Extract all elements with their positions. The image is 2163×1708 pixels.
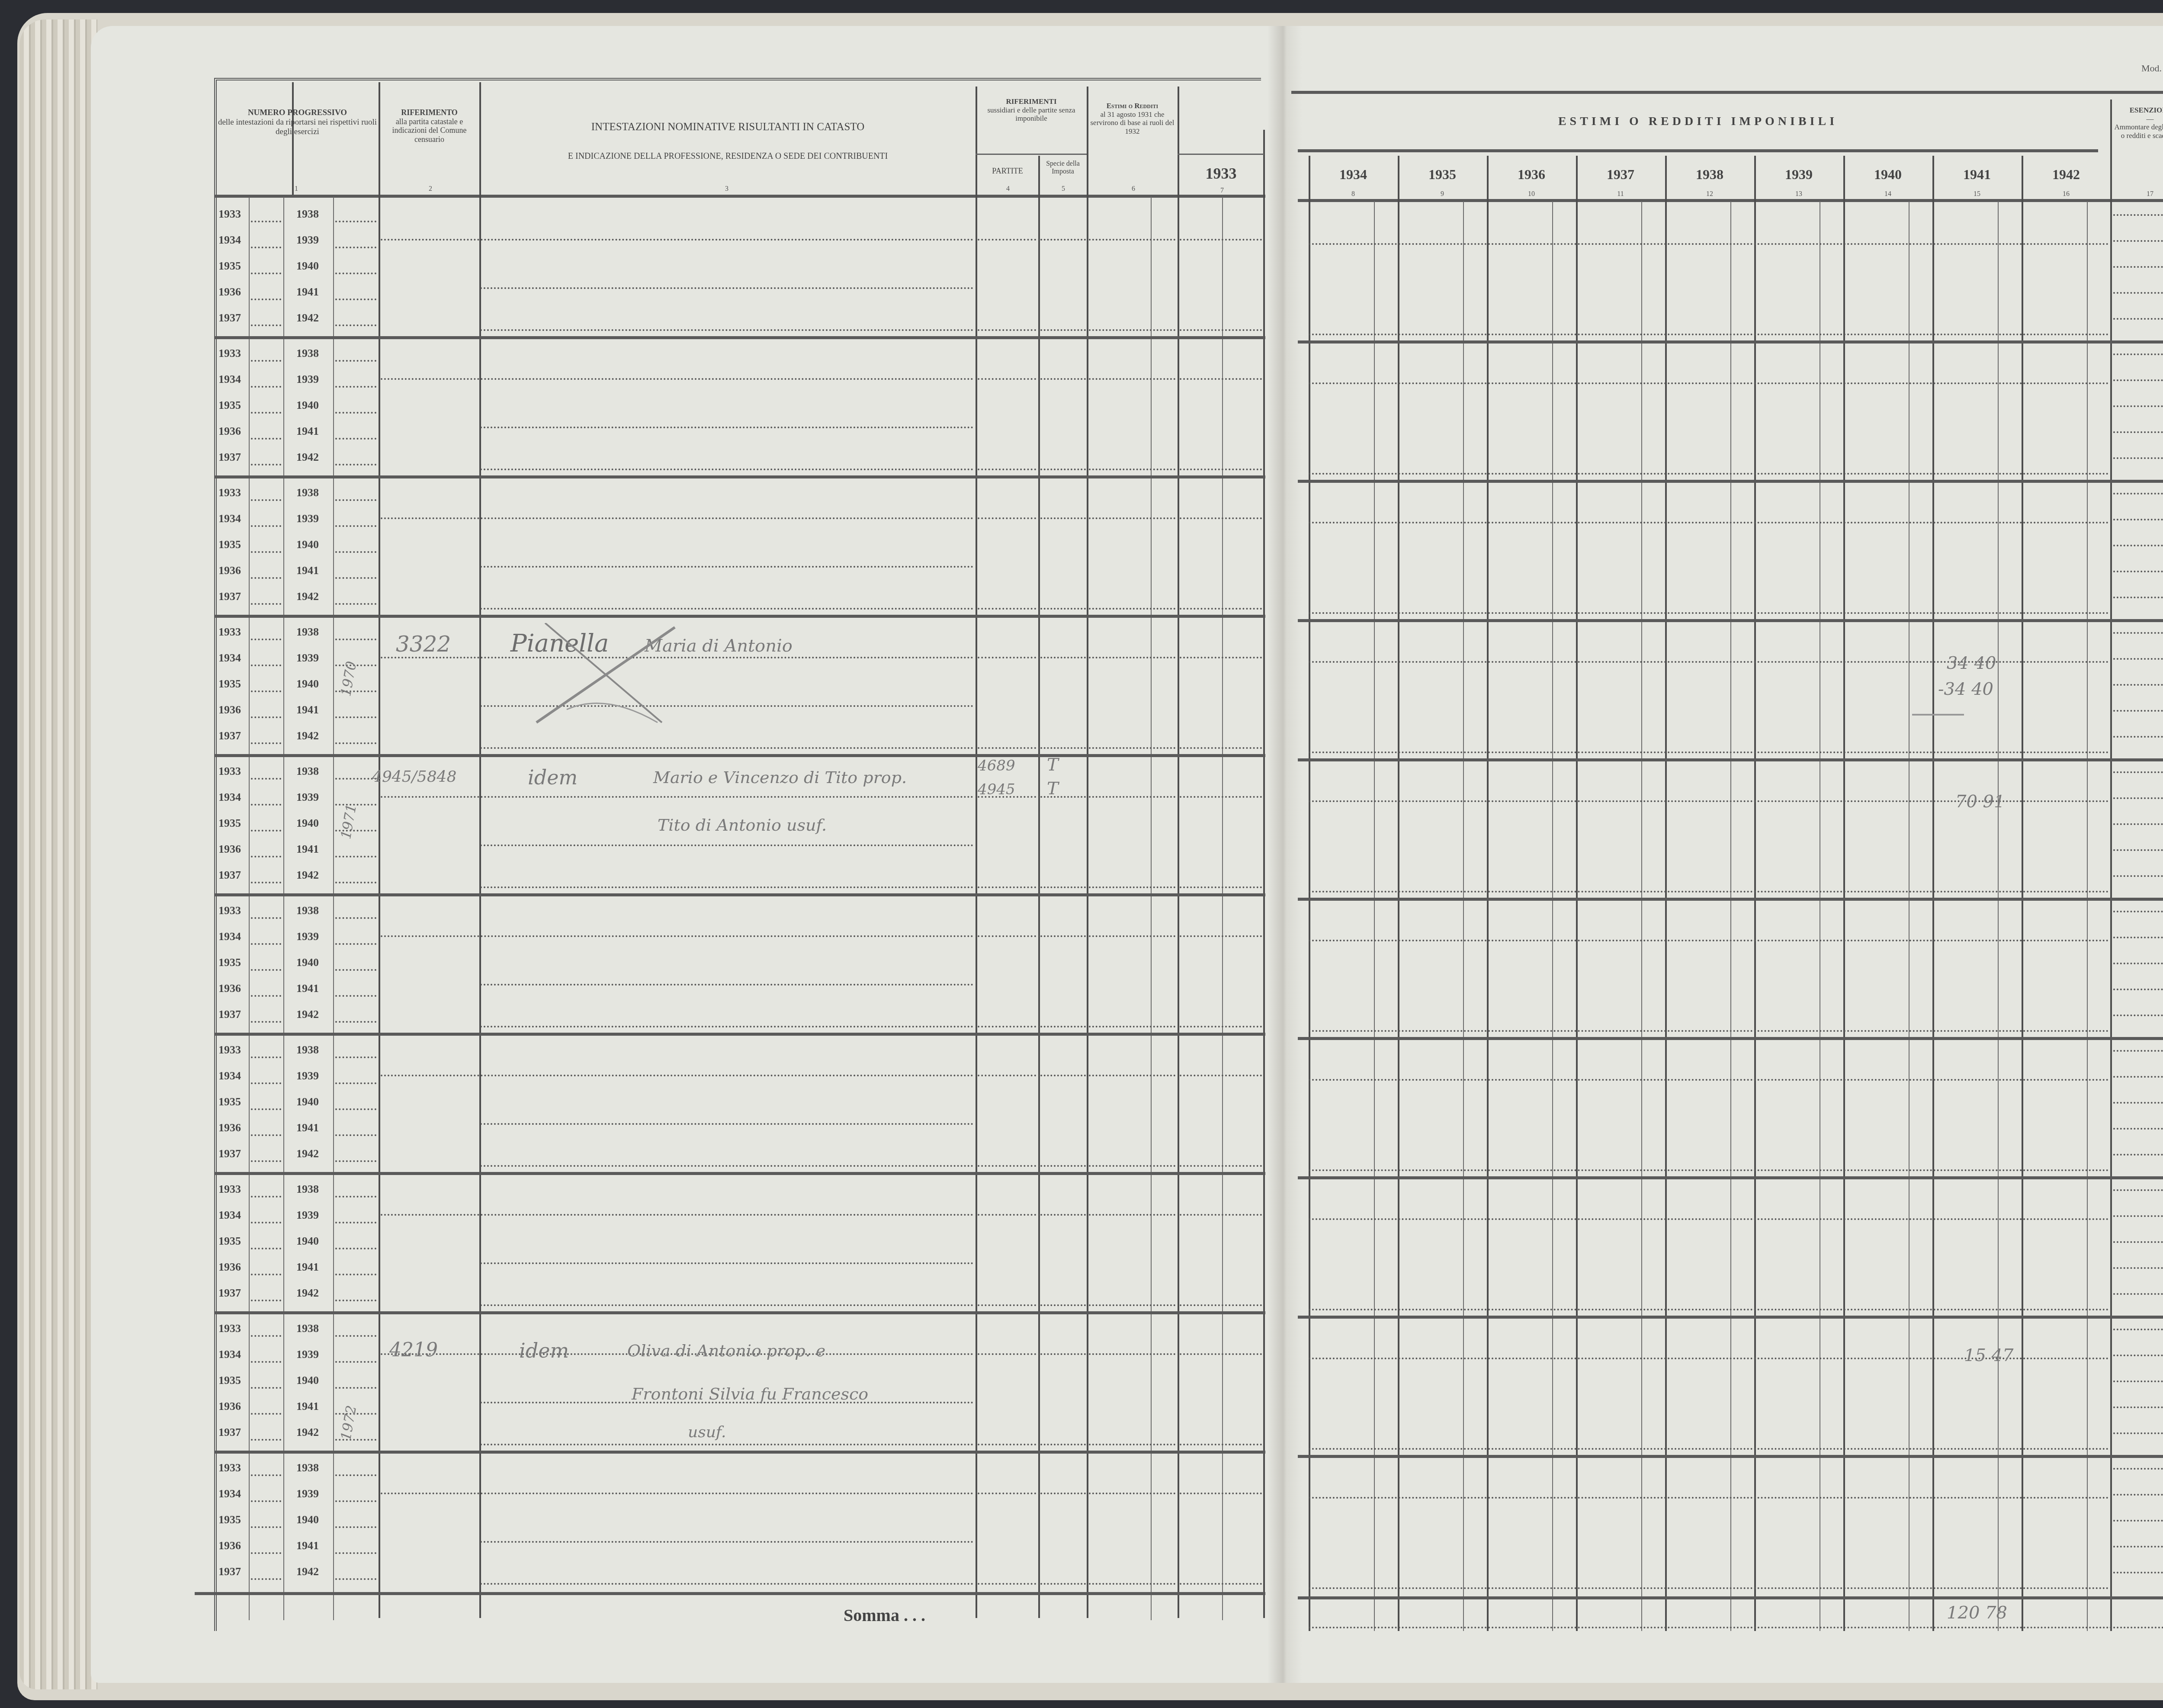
dotted-fill-line <box>335 247 376 248</box>
year-label: 1939 <box>296 1348 319 1361</box>
divider <box>976 154 1087 155</box>
year-label: 1935 <box>218 956 241 969</box>
year-label: 1937 <box>218 729 241 742</box>
dotted-fill-line <box>335 299 376 300</box>
dotted-fill-line <box>251 716 281 718</box>
divider <box>249 197 250 1620</box>
divider <box>1641 201 1642 1631</box>
dotted-fill-line <box>1040 886 1086 888</box>
dotted-fill-line <box>1309 1218 2109 1220</box>
r9-1941-value: 15 47 <box>1964 1345 2014 1365</box>
dotted-fill-line <box>335 917 376 919</box>
divider <box>1263 130 1265 1618</box>
dotted-fill-line <box>1180 608 1262 610</box>
dotted-fill-line <box>1089 747 1175 749</box>
dotted-fill-line <box>2113 684 2163 686</box>
divider <box>1222 197 1223 1620</box>
year-label: 1934 <box>218 791 241 804</box>
header-bottom-rule <box>214 195 1265 198</box>
col1-subtitle: delle intestazioni da riportarsi nei ris… <box>216 118 379 137</box>
year-label: 1940 <box>296 677 319 690</box>
dotted-fill-line <box>1089 657 1175 658</box>
entry9-detail-3: usuf. <box>688 1423 726 1441</box>
year-label: 1935 <box>218 260 241 273</box>
year-label: 1936 <box>218 703 241 716</box>
group-separator <box>214 475 1265 478</box>
year-label: 1933 <box>218 765 241 778</box>
dotted-fill-line <box>335 525 376 527</box>
dotted-fill-line <box>251 499 281 501</box>
col4-title: PARTITE <box>977 167 1038 176</box>
dotted-fill-line <box>251 917 281 919</box>
dotted-fill-line <box>251 273 281 274</box>
dotted-fill-line <box>978 517 1036 519</box>
year-label: 1934 <box>218 1209 241 1222</box>
dotted-fill-line <box>1180 1075 1262 1076</box>
dotted-fill-line <box>480 1304 973 1306</box>
dotted-fill-line <box>335 1526 376 1528</box>
dotted-fill-line <box>1089 239 1175 241</box>
dotted-fill-line <box>251 742 281 744</box>
divider <box>1843 156 1845 1631</box>
dotted-fill-line <box>335 324 376 326</box>
dotted-fill-line <box>978 747 1036 749</box>
dotted-fill-line <box>251 969 281 971</box>
dotted-fill-line <box>251 1526 281 1528</box>
column-number: 10 <box>1527 190 1536 198</box>
divider <box>976 87 977 1618</box>
dotted-fill-line <box>251 360 281 362</box>
dotted-fill-line <box>335 1108 376 1110</box>
dotted-fill-line <box>251 1578 281 1580</box>
dotted-fill-line <box>335 943 376 945</box>
dotted-fill-line <box>480 984 973 986</box>
year-column-header: 1939 <box>1754 167 1843 183</box>
dotted-fill-line <box>480 427 973 428</box>
dotted-fill-line <box>335 1160 376 1162</box>
column-number: 14 <box>1884 190 1892 198</box>
dotted-fill-line <box>2113 1189 2163 1191</box>
dotted-fill-line <box>2113 405 2163 407</box>
year-label: 1937 <box>218 1147 241 1160</box>
year-label: 1936 <box>218 564 241 577</box>
dotted-fill-line <box>251 1196 281 1198</box>
dotted-fill-line <box>1309 751 2109 753</box>
year-label: 1942 <box>296 590 319 603</box>
year-label: 1935 <box>218 677 241 690</box>
dotted-fill-line <box>335 386 376 388</box>
divider <box>1730 201 1731 1631</box>
col1-title: NUMERO PROGRESSIVO <box>216 108 379 118</box>
divider <box>333 197 334 1620</box>
dotted-fill-line <box>2113 1293 2163 1295</box>
dotted-fill-line <box>1180 239 1262 241</box>
estimi-group-title: ESTIMI O REDDITI IMPONIBILI <box>1298 115 2098 128</box>
group-separator <box>1298 1176 2163 1179</box>
dotted-fill-line <box>335 360 376 362</box>
dotted-fill-line <box>1180 329 1262 331</box>
divider <box>292 82 294 195</box>
year-label: 1938 <box>296 347 319 360</box>
group-separator <box>214 1172 1265 1175</box>
dotted-fill-line <box>251 995 281 997</box>
year-label: 1942 <box>296 1287 319 1300</box>
year-label: 1933 <box>218 1461 241 1474</box>
column-number: 12 <box>1705 190 1714 198</box>
dotted-fill-line <box>1180 886 1262 888</box>
dotted-fill-line <box>381 1214 973 1216</box>
dotted-fill-line <box>251 1082 281 1084</box>
dotted-fill-line <box>251 464 281 466</box>
column-number: 13 <box>1794 190 1803 198</box>
dotted-fill-line <box>2113 849 2163 851</box>
dotted-fill-line <box>1089 1493 1175 1494</box>
year-label: 1936 <box>218 1539 241 1552</box>
col7-year: 1933 <box>1179 164 1263 183</box>
dotted-fill-line <box>251 438 281 440</box>
entry5-detail-2: Tito di Antonio usuf. <box>658 815 827 835</box>
group-separator <box>214 1033 1265 1036</box>
dotted-fill-line <box>2113 545 2163 546</box>
dotted-fill-line <box>251 1361 281 1363</box>
dotted-fill-line <box>1040 935 1086 937</box>
dotted-fill-line <box>1180 1304 1262 1306</box>
dotted-fill-line <box>1040 1444 1086 1445</box>
dotted-fill-line <box>2113 493 2163 494</box>
year-label: 1941 <box>296 1261 319 1274</box>
year-column-header: 1935 <box>1398 167 1487 183</box>
dotted-fill-line <box>251 804 281 806</box>
group-separator <box>214 1451 1265 1454</box>
year-label: 1939 <box>296 930 319 943</box>
year-label: 1942 <box>296 311 319 324</box>
dotted-fill-line <box>2113 1520 2163 1522</box>
year-label: 1941 <box>296 1539 319 1552</box>
dotted-fill-line <box>335 1335 376 1337</box>
dotted-fill-line <box>2113 1128 2163 1130</box>
dotted-fill-line <box>480 608 973 610</box>
group-separator <box>1298 1316 2163 1319</box>
year-column-header: 1934 <box>1309 167 1398 183</box>
divider <box>379 82 380 1618</box>
dotted-fill-line <box>1040 1165 1086 1167</box>
dotted-fill-line <box>480 1444 973 1445</box>
year-label: 1938 <box>296 1043 319 1056</box>
dotted-fill-line <box>251 551 281 553</box>
dotted-fill-line <box>1180 747 1262 749</box>
dotted-fill-line <box>335 1222 376 1223</box>
divider <box>1932 156 1934 1631</box>
divider <box>479 82 481 1618</box>
dotted-fill-line <box>335 551 376 553</box>
dotted-fill-line <box>2113 1572 2163 1573</box>
dotted-fill-line <box>2113 597 2163 598</box>
dotted-fill-line <box>335 221 376 222</box>
divider <box>1820 201 1820 1631</box>
dotted-fill-line <box>1180 1493 1262 1494</box>
divider <box>1309 156 1310 1631</box>
group-separator <box>1298 898 2163 901</box>
group-separator <box>1298 619 2163 622</box>
divider <box>1178 154 1264 155</box>
col5-number: 5 <box>1059 185 1068 193</box>
year-label: 1937 <box>218 869 241 882</box>
dotted-fill-line <box>480 1583 973 1585</box>
dotted-fill-line <box>2113 1355 2163 1356</box>
year-label: 1933 <box>218 626 241 639</box>
crossed-out-mark <box>519 623 735 735</box>
dotted-fill-line <box>978 886 1036 888</box>
year-label: 1934 <box>218 1487 241 1500</box>
year-label: 1938 <box>296 1461 319 1474</box>
entry5-name: idem <box>528 766 578 789</box>
dotted-fill-line <box>1040 378 1086 380</box>
entry9-name: idem <box>519 1339 569 1362</box>
dotted-fill-line <box>251 830 281 832</box>
divider <box>2087 201 2088 1631</box>
group-separator <box>214 893 1265 896</box>
dotted-fill-line <box>2113 710 2163 712</box>
year-label: 1936 <box>218 1261 241 1274</box>
dotted-fill-line <box>1309 940 2109 941</box>
year-label: 1934 <box>218 1069 241 1082</box>
dotted-fill-line <box>2113 1050 2163 1052</box>
dotted-fill-line <box>251 665 281 666</box>
col45-title: RIFERIMENTI <box>977 97 1086 106</box>
dotted-fill-line <box>335 1134 376 1136</box>
dotted-fill-line <box>335 1578 376 1580</box>
dotted-fill-line <box>1089 1304 1175 1306</box>
year-label: 1933 <box>218 904 241 917</box>
dotted-fill-line <box>381 796 973 798</box>
dotted-fill-line <box>2113 1015 2163 1016</box>
col3-number: 3 <box>722 185 731 193</box>
year-label: 1936 <box>218 425 241 438</box>
dotted-fill-line <box>1309 612 2109 614</box>
divider <box>1998 201 1999 1631</box>
dotted-fill-line <box>1040 239 1086 241</box>
dotted-fill-line <box>251 943 281 945</box>
dotted-fill-line <box>335 1500 376 1502</box>
r5-1941-value: 70 91 <box>1955 792 2005 812</box>
dotted-fill-line <box>2113 240 2163 242</box>
somma-fill-line <box>1309 1627 2163 1628</box>
dotted-fill-line <box>978 239 1036 241</box>
group-separator <box>1298 480 2163 483</box>
dotted-fill-line <box>335 1274 376 1275</box>
dotted-fill-line <box>480 1026 973 1027</box>
year-label: 1940 <box>296 1374 319 1387</box>
year-label: 1939 <box>296 1487 319 1500</box>
dotted-fill-line <box>978 329 1036 331</box>
divider <box>1374 201 1375 1631</box>
year-label: 1934 <box>218 1348 241 1361</box>
year-label: 1935 <box>218 538 241 551</box>
right-page <box>1285 26 2163 1683</box>
divider <box>1398 156 1399 1631</box>
dotted-fill-line <box>335 273 376 274</box>
dotted-fill-line <box>2113 457 2163 459</box>
group-separator <box>214 1311 1265 1314</box>
col4-number: 4 <box>1004 185 1012 193</box>
year-label: 1938 <box>296 486 319 499</box>
column-number: 8 <box>1349 190 1357 198</box>
dotted-fill-line <box>335 1196 376 1198</box>
dotted-fill-line <box>251 1248 281 1249</box>
dotted-fill-line <box>2113 1241 2163 1243</box>
dotted-fill-line <box>2113 1154 2163 1156</box>
dotted-fill-line <box>978 1075 1036 1076</box>
year-label: 1938 <box>296 208 319 221</box>
dotted-fill-line <box>2113 292 2163 294</box>
dotted-fill-line <box>1309 382 2109 384</box>
dotted-fill-line <box>251 577 281 579</box>
dotted-fill-line <box>335 1300 376 1301</box>
dotted-fill-line <box>2113 214 2163 216</box>
dotted-fill-line <box>2113 1468 2163 1470</box>
year-label: 1940 <box>296 1095 319 1108</box>
dotted-fill-line <box>251 386 281 388</box>
year-column-header: 1940 <box>1843 167 1932 183</box>
dotted-fill-line <box>978 1304 1036 1306</box>
r4-1941-value: 34 40 <box>1947 653 1996 673</box>
year-label: 1937 <box>218 1287 241 1300</box>
year-label: 1935 <box>218 1374 241 1387</box>
dotted-fill-line <box>335 603 376 605</box>
dotted-fill-line <box>480 1262 973 1264</box>
table-bottom-rule <box>1298 1596 2163 1599</box>
year-label: 1933 <box>218 1043 241 1056</box>
year-label: 1936 <box>218 1121 241 1134</box>
dotted-fill-line <box>978 469 1036 470</box>
divider <box>1038 156 1040 1618</box>
year-label: 1937 <box>218 1008 241 1021</box>
dotted-fill-line <box>251 1552 281 1554</box>
dotted-fill-line <box>1089 378 1175 380</box>
dotted-fill-line <box>1089 608 1175 610</box>
dotted-fill-line <box>1040 608 1086 610</box>
entry5-specie-1: T <box>1047 755 1059 775</box>
dotted-fill-line <box>978 378 1036 380</box>
dotted-fill-line <box>1040 469 1086 470</box>
year-label: 1937 <box>218 1426 241 1439</box>
dotted-fill-line <box>381 1075 973 1076</box>
year-column-header: 1937 <box>1576 167 1665 183</box>
dotted-fill-line <box>1040 657 1086 658</box>
divider <box>1754 156 1756 1631</box>
group-separator <box>1298 340 2163 344</box>
dotted-fill-line <box>2113 1546 2163 1547</box>
dotted-fill-line <box>1180 1353 1262 1355</box>
year-label: 1934 <box>218 512 241 525</box>
dotted-fill-line <box>251 1413 281 1415</box>
dotted-fill-line <box>251 247 281 248</box>
group-separator <box>214 754 1265 757</box>
year-label: 1936 <box>218 286 241 299</box>
dotted-fill-line <box>251 690 281 692</box>
dotted-fill-line <box>1089 1075 1175 1076</box>
dotted-fill-line <box>1180 469 1262 470</box>
dotted-fill-line <box>2113 1406 2163 1408</box>
dotted-fill-line <box>335 742 376 744</box>
dotted-fill-line <box>2113 431 2163 433</box>
year-label: 1935 <box>218 817 241 830</box>
dotted-fill-line <box>480 1123 973 1125</box>
somma-label: Somma . . . <box>844 1605 925 1625</box>
dotted-fill-line <box>251 525 281 527</box>
dotted-fill-line <box>2113 823 2163 825</box>
year-label: 1939 <box>296 512 319 525</box>
dotted-fill-line <box>335 464 376 466</box>
dotted-fill-line <box>480 469 973 470</box>
year-label: 1933 <box>218 347 241 360</box>
dotted-fill-line <box>2113 1215 2163 1217</box>
dotted-fill-line <box>1040 747 1086 749</box>
year-label: 1933 <box>218 486 241 499</box>
col45-header: RIFERIMENTI sussidiari e delle partite s… <box>977 97 1086 123</box>
column-number: 9 <box>1438 190 1447 198</box>
year-label: 1941 <box>296 1121 319 1134</box>
year-column-header: 1941 <box>1932 167 2022 183</box>
year-label: 1935 <box>218 399 241 412</box>
dotted-fill-line <box>978 1026 1036 1027</box>
dotted-fill-line <box>1089 469 1175 470</box>
dotted-fill-line <box>2113 771 2163 773</box>
col2-subtitle: alla partita catastale e indicazioni del… <box>381 117 478 144</box>
dotted-fill-line <box>251 1439 281 1441</box>
year-label: 1935 <box>218 1513 241 1526</box>
dotted-fill-line <box>251 1160 281 1162</box>
divider <box>2110 100 2112 1631</box>
dotted-fill-line <box>335 1474 376 1476</box>
year-label: 1940 <box>296 260 319 273</box>
dotted-fill-line <box>1040 1026 1086 1027</box>
dotted-fill-line <box>251 412 281 414</box>
dotted-fill-line <box>1089 935 1175 937</box>
dotted-fill-line <box>978 1583 1036 1585</box>
dotted-fill-line <box>2113 875 2163 877</box>
dotted-fill-line <box>1309 1309 2109 1310</box>
dotted-fill-line <box>1180 657 1262 658</box>
column-number: 16 <box>2062 190 2070 198</box>
dotted-fill-line <box>1089 1353 1175 1355</box>
dotted-fill-line <box>251 299 281 300</box>
dotted-fill-line <box>978 1353 1036 1355</box>
dotted-fill-line <box>1309 891 2109 893</box>
dotted-fill-line <box>251 324 281 326</box>
year-label: 1942 <box>296 729 319 742</box>
dotted-fill-line <box>335 778 376 780</box>
dotted-fill-line <box>335 1552 376 1554</box>
dotted-fill-line <box>381 517 973 519</box>
dotted-fill-line <box>2113 963 2163 964</box>
dotted-fill-line <box>335 1021 376 1023</box>
year-label: 1933 <box>218 1322 241 1335</box>
year-label: 1940 <box>296 817 319 830</box>
dotted-fill-line <box>1040 1353 1086 1355</box>
table-bottom-rule <box>195 1592 1265 1595</box>
dotted-fill-line <box>335 1387 376 1389</box>
year-label: 1942 <box>296 869 319 882</box>
dotted-fill-line <box>978 1165 1036 1167</box>
dotted-fill-line <box>1089 1583 1175 1585</box>
dotted-fill-line <box>2113 632 2163 634</box>
col45-subtitle: sussidiari e delle partite senza imponib… <box>977 106 1086 123</box>
dotted-fill-line <box>1309 473 2109 475</box>
dotted-fill-line <box>1309 1079 2109 1081</box>
dotted-fill-line <box>1180 796 1262 798</box>
dotted-fill-line <box>2113 1267 2163 1269</box>
